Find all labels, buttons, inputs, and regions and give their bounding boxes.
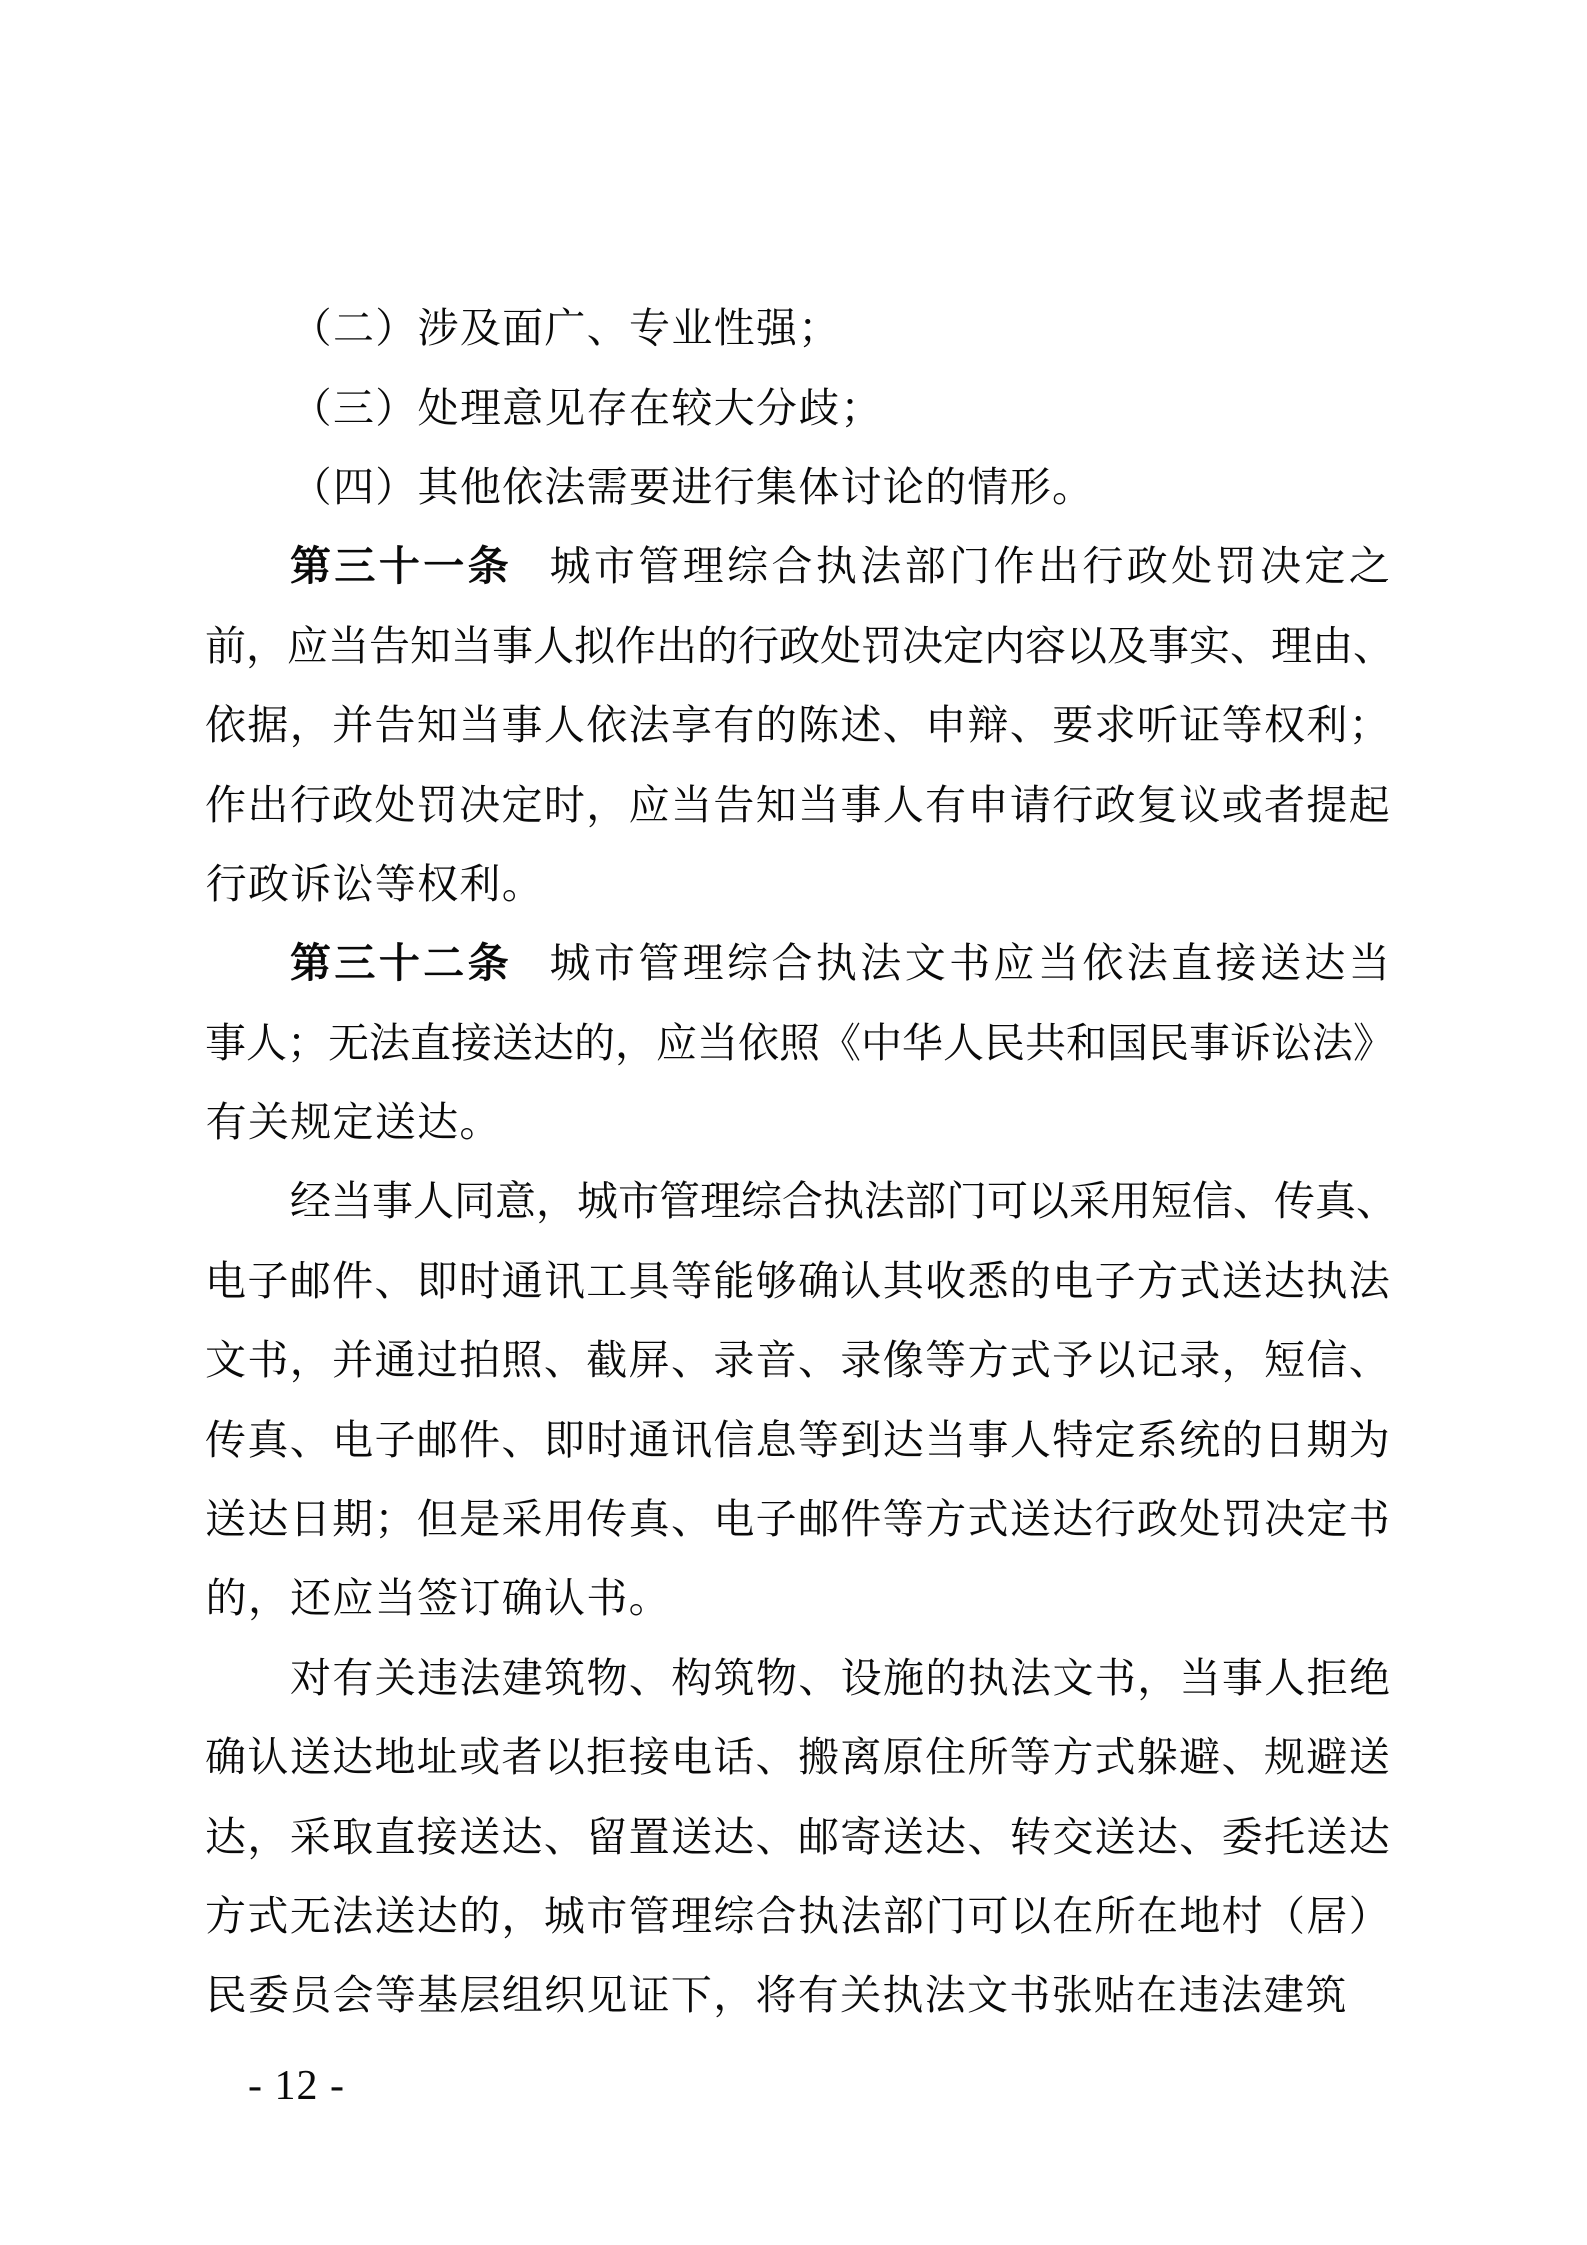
text-char: 理 — [683, 930, 724, 989]
text-char: 在 — [1136, 1962, 1178, 2021]
text-char: 决 — [1260, 533, 1301, 592]
text-char: 违 — [1178, 1962, 1220, 2021]
document-page: （二）涉及面广、专业性强；（三）处理意见存在较大分歧；（四）其他依法需要进行集体… — [0, 0, 1587, 2245]
text-char: 部 — [905, 1168, 946, 1227]
text-char: 、 — [671, 1327, 712, 1386]
text-char: 面 — [501, 295, 543, 354]
text-block: （二）涉及面广、专业性强；（三）处理意见存在较大分歧；（四）其他依法需要进行集体… — [205, 285, 1390, 2032]
text-char: 可 — [987, 1168, 1028, 1227]
text-char: 拍 — [459, 1327, 500, 1386]
text-line: （三）处理意见存在较大分歧； — [205, 364, 1390, 443]
text-char: 传 — [205, 1407, 246, 1466]
text-char: 筑 — [544, 1645, 585, 1704]
text-line: 经当事人同意，城市管理综合执法部门可以采用短信、传真、 — [205, 1158, 1390, 1237]
text-char: 送 — [1349, 1724, 1390, 1783]
text-char: 需 — [586, 454, 628, 513]
text-char: 录 — [1179, 1327, 1220, 1386]
text-char: （ — [290, 295, 332, 354]
text-char: 申 — [925, 692, 966, 751]
text-char: 等 — [1010, 1724, 1051, 1783]
text-char: 者 — [1264, 772, 1305, 831]
article-number-char: 条 — [468, 930, 509, 989]
text-char: ， — [290, 692, 331, 751]
text-char: 管 — [638, 930, 679, 989]
text-char: 下 — [670, 1962, 712, 2021]
text-char: 三 — [332, 375, 374, 434]
text-char: 。 — [628, 1565, 670, 1624]
text-char: 的 — [925, 1645, 966, 1704]
text-char: 在 — [1137, 1883, 1178, 1942]
text-char: 意 — [495, 1168, 536, 1227]
text-char: 当 — [331, 1168, 372, 1227]
text-char: 短 — [1264, 1327, 1305, 1386]
article-number-char: 十 — [379, 533, 420, 592]
text-char: 式 — [1010, 1327, 1051, 1386]
text-char: 依 — [1082, 930, 1123, 989]
text-char: 通 — [629, 1407, 670, 1466]
text-char: 文 — [1052, 1645, 1093, 1704]
text-char: 行 — [205, 851, 247, 910]
text-char: 人 — [533, 613, 574, 672]
text-char: 综 — [727, 533, 768, 592]
text-char: 到 — [840, 1407, 881, 1466]
text-char: 电 — [205, 1248, 246, 1307]
text-char: 部 — [905, 533, 946, 592]
text-char: 规 — [290, 1089, 332, 1148]
text-char: 、 — [967, 1804, 1008, 1863]
article-number-char: 二 — [423, 930, 464, 989]
text-char: 诉 — [1230, 1010, 1271, 1069]
text-char: 在 — [628, 375, 670, 434]
text-char: 告 — [374, 692, 415, 751]
text-char: 应 — [629, 772, 670, 831]
text-char: 分 — [755, 375, 797, 434]
text-char: 的 — [924, 454, 966, 513]
text-char: 施 — [883, 1645, 924, 1704]
text-char: 当 — [1349, 930, 1390, 989]
text-char: 法 — [544, 454, 586, 513]
text-char: 事 — [205, 1010, 246, 1069]
text-char: 当 — [459, 692, 500, 751]
text-char: 还 — [290, 1565, 332, 1624]
text-char: 当 — [328, 613, 369, 672]
text-char: 行 — [713, 454, 755, 513]
text-char: 罚 — [1216, 533, 1257, 592]
text-char: 村 — [1222, 1883, 1263, 1942]
text-char: 涉 — [417, 295, 459, 354]
article-heading-line: 第三十一条城市管理综合执法部门作出行政处罚决定之 — [205, 523, 1390, 602]
text-char: 强 — [755, 295, 797, 354]
text-char: 送 — [374, 1883, 415, 1942]
text-line: 行政诉讼等权利。 — [205, 841, 1390, 920]
text-char: 出 — [656, 613, 697, 672]
text-char: 法 — [629, 692, 670, 751]
text-char: 部 — [883, 1883, 924, 1942]
text-char: 应 — [287, 613, 328, 672]
text-char: 真 — [629, 1486, 670, 1545]
text-char: 据 — [247, 692, 288, 751]
text-char: 讯 — [544, 1248, 585, 1307]
text-char: 定 — [332, 1089, 374, 1148]
text-char: 在 — [1052, 1883, 1093, 1942]
text-char: 处 — [417, 375, 459, 434]
text-char: 有 — [713, 692, 754, 751]
page-number: - 12 - — [248, 2062, 345, 2110]
text-char: 组 — [501, 1962, 543, 2021]
text-char: 、 — [629, 1645, 670, 1704]
text-char: 罚 — [861, 613, 902, 672]
text-char: 述 — [840, 692, 881, 751]
text-char: ； — [840, 375, 882, 434]
text-char: ， — [536, 1168, 577, 1227]
text-char: 、 — [1222, 1724, 1263, 1783]
text-char: 的 — [205, 1565, 247, 1624]
text-char: 事 — [492, 613, 533, 672]
text-char: 合 — [756, 1883, 797, 1942]
text-char: （ — [1264, 1883, 1305, 1942]
text-char: 行 — [290, 772, 331, 831]
text-line: 方式无法送达的，城市管理综合执法部门可以在所在地村（居） — [205, 1873, 1390, 1952]
text-char: 以 — [1066, 613, 1107, 672]
text-char: 书 — [949, 930, 990, 989]
text-char: 。 — [459, 1089, 501, 1148]
text-char: 政 — [332, 772, 373, 831]
text-char: ） — [1349, 1883, 1390, 1942]
text-char: 确 — [205, 1724, 246, 1783]
text-char: 市 — [594, 930, 635, 989]
text-line: 有关规定送达。 — [205, 1079, 1390, 1158]
text-char: 作 — [205, 772, 246, 831]
text-char: 达 — [533, 1010, 574, 1069]
text-char: 式 — [1179, 1248, 1220, 1307]
text-char: 诉 — [290, 851, 332, 910]
text-char: 其 — [883, 1248, 924, 1307]
text-char: 、 — [502, 1407, 543, 1466]
text-char: 可 — [967, 1883, 1008, 1942]
text-char: 应 — [994, 930, 1035, 989]
text-char: 留 — [586, 1804, 627, 1863]
text-char: 子 — [756, 1486, 797, 1545]
text-char: 用 — [544, 1486, 585, 1545]
text-char: 息 — [756, 1407, 797, 1466]
text-char: 当 — [451, 613, 492, 672]
text-char: 过 — [417, 1327, 458, 1386]
article-number-char: 三 — [334, 533, 375, 592]
text-char: 是 — [459, 1486, 500, 1545]
text-char: 采 — [502, 1486, 543, 1545]
text-char: 用 — [1110, 1168, 1151, 1227]
text-char: 行 — [1052, 772, 1093, 831]
text-char: 内 — [984, 613, 1025, 672]
text-char: 经 — [290, 1168, 331, 1227]
text-char: ； — [798, 295, 840, 354]
text-char: 人 — [883, 772, 924, 831]
text-char: 避 — [1306, 1724, 1347, 1783]
text-char: 人 — [1264, 1645, 1305, 1704]
text-char: 法 — [864, 1168, 905, 1227]
text-char: 电 — [1052, 1248, 1093, 1307]
text-char: 具 — [629, 1248, 670, 1307]
text-line: （四）其他依法需要进行集体讨论的情形。 — [205, 444, 1390, 523]
text-char: 城 — [577, 1168, 618, 1227]
text-char: 达 — [1052, 1486, 1093, 1545]
text-char: 决 — [902, 613, 943, 672]
text-char: 执 — [1306, 1248, 1347, 1307]
text-char: 认 — [840, 1248, 881, 1307]
text-char: 见 — [586, 1962, 628, 2021]
text-char: 辩 — [967, 692, 1008, 751]
text-char: 民 — [205, 1962, 247, 2021]
text-char: 大 — [713, 375, 755, 434]
text-char: 其 — [417, 454, 459, 513]
text-char: 认 — [247, 1724, 288, 1783]
text-char: 会 — [332, 1962, 374, 2021]
text-char: 民 — [1148, 1010, 1189, 1069]
text-char: 传 — [1274, 1168, 1315, 1227]
text-char: 时 — [459, 1248, 500, 1307]
text-char: 文 — [205, 1327, 246, 1386]
text-char: 送 — [1222, 1248, 1263, 1307]
text-char: 执 — [798, 1883, 839, 1942]
text-char: 政 — [1095, 772, 1136, 831]
text-char: 他 — [459, 454, 501, 513]
text-char: 体 — [798, 454, 840, 513]
text-char: 形 — [1009, 454, 1051, 513]
text-char: 依 — [738, 1010, 779, 1069]
text-char: 利 — [459, 851, 501, 910]
text-char: 的 — [459, 1883, 500, 1942]
text-char: 定 — [1306, 1486, 1347, 1545]
text-char: 搬 — [798, 1724, 839, 1783]
text-char: 式 — [967, 1486, 1008, 1545]
text-line: 的，还应当签订确认书。 — [205, 1555, 1390, 1634]
text-char: 权 — [1264, 692, 1305, 751]
text-char: 二 — [332, 295, 374, 354]
text-char: 托 — [1264, 1804, 1305, 1863]
text-char: 方 — [967, 1327, 1008, 1386]
text-char: 、 — [756, 1804, 797, 1863]
text-char: 提 — [1306, 772, 1347, 831]
text-line: 电子邮件、即时通讯工具等能够确认其收悉的电子方式送达执法 — [205, 1238, 1390, 1317]
text-char: 录 — [713, 1327, 754, 1386]
text-char: 管 — [659, 1168, 700, 1227]
text-char: 综 — [727, 930, 768, 989]
text-char: 筑 — [1305, 1962, 1347, 2021]
text-char: 即 — [544, 1407, 585, 1466]
text-char: 达 — [1304, 930, 1345, 989]
text-char: 以 — [1010, 1883, 1051, 1942]
text-char: 照 — [502, 1327, 543, 1386]
text-char: ， — [247, 1804, 288, 1863]
text-char: 送 — [671, 1804, 712, 1863]
text-char: 达 — [713, 1804, 754, 1863]
text-char: 等 — [671, 1248, 712, 1307]
text-char: 、 — [671, 1486, 712, 1545]
text-char: 享 — [671, 692, 712, 751]
text-char: 法 — [860, 533, 901, 592]
text-char: ） — [375, 454, 417, 513]
text-char: 讼 — [1271, 1010, 1312, 1069]
text-char: 真 — [247, 1407, 288, 1466]
text-char: 电 — [671, 1724, 712, 1783]
text-char: 的 — [697, 613, 738, 672]
text-char: 收 — [925, 1248, 966, 1307]
text-char: 达 — [1264, 1248, 1305, 1307]
text-char: 员 — [290, 1962, 332, 2021]
text-char: 直 — [374, 1804, 415, 1863]
text-char: 权 — [416, 851, 458, 910]
text-char: 城 — [544, 1883, 585, 1942]
text-char: 讯 — [671, 1407, 712, 1466]
text-char: 法 — [1349, 1248, 1390, 1307]
text-char: 通 — [374, 1327, 415, 1386]
text-char: 构 — [671, 1645, 712, 1704]
text-char: 法 — [1220, 1962, 1262, 2021]
text-char: 件 — [840, 1486, 881, 1545]
text-char: 作 — [615, 613, 656, 672]
text-char: 的 — [574, 1010, 615, 1069]
text-char: 达 — [247, 1486, 288, 1545]
text-char: 书 — [1095, 1645, 1136, 1704]
text-char: ） — [375, 375, 417, 434]
text-char: 民 — [984, 1010, 1025, 1069]
text-char: 对 — [290, 1645, 331, 1704]
text-char: 采 — [1069, 1168, 1110, 1227]
text-char: 拟 — [574, 613, 615, 672]
text-char: 人 — [943, 1010, 984, 1069]
text-char: 人 — [544, 692, 585, 751]
text-char: 、 — [544, 1804, 585, 1863]
text-char: 之 — [1349, 533, 1390, 592]
text-char: 电 — [713, 1486, 754, 1545]
text-char: 传 — [586, 1486, 627, 1545]
text-char: 工 — [586, 1248, 627, 1307]
text-char: 作 — [994, 533, 1035, 592]
text-char: 子 — [1095, 1248, 1136, 1307]
text-char: 、 — [1353, 613, 1394, 672]
text-char: 拒 — [1307, 1645, 1348, 1704]
text-char: 执 — [823, 1168, 864, 1227]
text-line: 依据，并告知当事人依法享有的陈述、申辩、要求听证等权利； — [205, 682, 1390, 761]
text-char: 要 — [628, 454, 670, 513]
text-char: 管 — [638, 533, 679, 592]
text-char: 行 — [1082, 533, 1123, 592]
text-line: （二）涉及面广、专业性强； — [205, 285, 1390, 364]
text-char: 达 — [1137, 1804, 1178, 1863]
text-char: 事 — [372, 1168, 413, 1227]
text-char: 建 — [1262, 1962, 1304, 2021]
text-char: 置 — [629, 1804, 670, 1863]
text-char: 接 — [1216, 930, 1257, 989]
text-char: 住 — [925, 1724, 966, 1783]
text-char: 违 — [417, 1645, 458, 1704]
text-char: 起 — [1349, 772, 1390, 831]
text-char: 法 — [1312, 1010, 1353, 1069]
text-char: 原 — [883, 1724, 924, 1783]
text-char: 所 — [1095, 1883, 1136, 1942]
text-char: 通 — [502, 1248, 543, 1307]
text-char: 行 — [1095, 1486, 1136, 1545]
text-char: 、 — [798, 1645, 839, 1704]
text-line: 送达日期；但是采用传真、电子邮件等方式送达行政处罚决定书 — [205, 1476, 1390, 1555]
text-char: 系 — [1137, 1407, 1178, 1466]
text-char: 以 — [1028, 1168, 1069, 1227]
text-char: 前 — [205, 613, 246, 672]
article-number-char: 一 — [423, 533, 464, 592]
text-char: 事 — [840, 772, 881, 831]
text-char: 将 — [755, 1962, 797, 2021]
text-char: 子 — [247, 1248, 288, 1307]
text-char: 文 — [966, 1962, 1008, 2021]
text-char: 要 — [1052, 692, 1093, 751]
text-char: 理 — [459, 375, 501, 434]
text-char: 《 — [820, 1010, 861, 1069]
article-number-char: 三 — [334, 930, 375, 989]
text-char: 音 — [756, 1327, 797, 1386]
text-char: 关 — [247, 1089, 289, 1148]
text-char: 接 — [629, 1724, 670, 1783]
text-char: 寄 — [840, 1804, 881, 1863]
text-char: 方 — [925, 1486, 966, 1545]
text-char: 行 — [738, 613, 779, 672]
text-char: 但 — [417, 1486, 458, 1545]
text-char: 事 — [967, 1407, 1008, 1466]
text-char: 综 — [741, 1168, 782, 1227]
text-char: ， — [502, 1883, 543, 1942]
text-char: 求 — [1095, 692, 1136, 751]
text-char: 方 — [205, 1883, 246, 1942]
text-char: 接 — [417, 1804, 458, 1863]
text-char: 告 — [369, 613, 410, 672]
text-char: ， — [586, 772, 627, 831]
text-char: 定 — [1095, 1407, 1136, 1466]
text-char: 门 — [925, 1883, 966, 1942]
text-char: 方 — [1137, 1248, 1178, 1307]
text-char: 交 — [1052, 1804, 1093, 1863]
text-char: 罚 — [1222, 1486, 1263, 1545]
text-char: 法 — [369, 1010, 410, 1069]
text-char: 即 — [417, 1248, 458, 1307]
text-char: 建 — [502, 1645, 543, 1704]
article-number-char: 条 — [468, 533, 509, 592]
text-char: 委 — [1222, 1804, 1263, 1863]
text-char: 日 — [1264, 1407, 1305, 1466]
text-char: 、 — [1349, 1327, 1390, 1386]
text-char: 依 — [586, 692, 627, 751]
text-char: 及 — [1107, 613, 1148, 672]
text-char: 情 — [967, 454, 1009, 513]
text-char: 达 — [1349, 1804, 1390, 1863]
text-char: 由 — [1312, 613, 1353, 672]
text-char: （ — [290, 454, 332, 513]
text-char: 为 — [1349, 1407, 1390, 1466]
text-line: 前，应当告知当事人拟作出的行政处罚决定内容以及事实、理由、 — [205, 603, 1390, 682]
text-char: 等 — [374, 1962, 416, 2021]
text-char: 照 — [779, 1010, 820, 1069]
text-char: 当 — [925, 1407, 966, 1466]
text-char: 法 — [1127, 930, 1168, 989]
text-char: ） — [375, 295, 417, 354]
text-char: 避 — [1179, 1724, 1220, 1783]
text-char: 讼 — [332, 851, 374, 910]
text-line: 对有关违法建筑物、构筑物、设施的执法文书，当事人拒绝 — [205, 1635, 1390, 1714]
text-char: 业 — [671, 295, 713, 354]
text-char: 有 — [332, 1645, 373, 1704]
text-char: 达 — [925, 1804, 966, 1863]
text-char: 规 — [1264, 1724, 1305, 1783]
text-char: 同 — [454, 1168, 495, 1227]
text-char: 》 — [1353, 1010, 1394, 1069]
